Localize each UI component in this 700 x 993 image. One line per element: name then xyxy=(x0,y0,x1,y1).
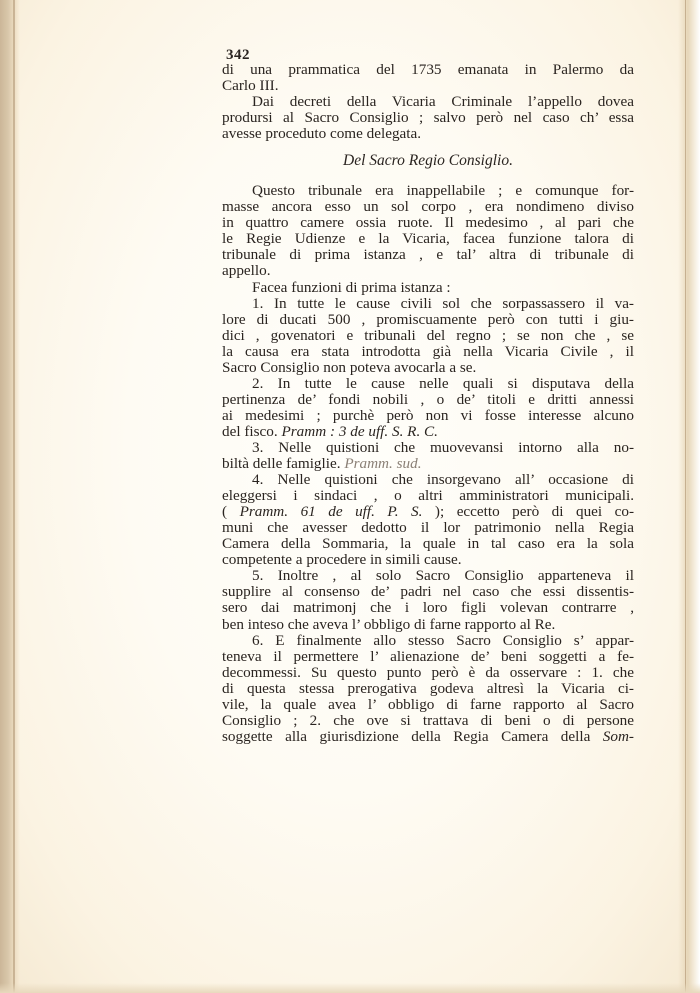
page-text-block: 342 di una prammatica del 1735 emanata i… xyxy=(222,48,634,745)
list-item-1-line: la causa era stata introdotta già nella … xyxy=(222,344,634,360)
text-line: Questo tribunale era inappellabile ; e c… xyxy=(222,183,634,199)
list-item-6-line: 6. E finalmente allo stesso Sacro Consig… xyxy=(222,633,634,649)
list-item-6-line: decommessi. Su questo punto però è da os… xyxy=(222,665,634,681)
scanned-book-page: 342 di una prammatica del 1735 emanata i… xyxy=(0,0,700,993)
list-item-4-line: 4. Nelle quistioni che insorgevano all’ … xyxy=(222,472,634,488)
text-line: di una prammatica del 1735 emanata in Pa… xyxy=(222,62,634,78)
list-item-5-line: supplire al consenso de’ padri nel caso … xyxy=(222,584,634,600)
list-item-1-line: 1. In tutte le cause civili sol che sorp… xyxy=(222,296,634,312)
list-item-2-line: pertinenza de’ fondi nobili , o de’ tito… xyxy=(222,392,634,408)
list-item-1-line: lore di ducati 500 , promiscuamente però… xyxy=(222,312,634,328)
list-item-4-line: competente a procedere in simili cause. xyxy=(222,552,634,568)
text-line: Carlo III. xyxy=(222,78,634,94)
list-item-4-line: Camera della Sommaria, la quale in tal c… xyxy=(222,536,634,552)
text-fragment: del fisco. xyxy=(222,423,278,440)
page-left-edge-shadow xyxy=(0,0,20,993)
list-item-2-line: del fisco. Pramm : 3 de uff. S. R. C. xyxy=(222,424,634,440)
section-heading: Del Sacro Regio Consiglio. xyxy=(222,152,634,170)
list-item-4-line: muni che avesser dedotto il lor patrimon… xyxy=(222,520,634,536)
text-line: Facea funzioni di prima istanza : xyxy=(222,280,634,296)
list-item-2-line: ai medesimi ; purchè però non vi fosse i… xyxy=(222,408,634,424)
text-line: Dai decreti della Vicaria Criminale l’ap… xyxy=(222,94,634,110)
list-item-6-line: soggette alla giurisdizione della Regia … xyxy=(222,729,634,745)
text-fragment: soggette alla giurisdizione della Regia … xyxy=(222,728,590,745)
list-item-3-line: biltà delle famiglie. Pramm. sud. xyxy=(222,456,634,472)
list-item-4-line: eleggersi i sindaci , o altri amministra… xyxy=(222,488,634,504)
list-item-1-line: dici , govenatori e tribunali del regno … xyxy=(222,328,634,344)
page-number: 342 xyxy=(226,48,634,62)
text-line: prodursi al Sacro Consiglio ; salvo però… xyxy=(222,110,634,126)
list-item-6-line: teneva il permettere l’ alienazione de’ … xyxy=(222,649,634,665)
text-fragment: biltà delle famiglie. xyxy=(222,455,341,472)
italic-word: Som- xyxy=(603,728,634,745)
list-item-5-line: ben inteso che aveva l’ obbligo di farne… xyxy=(222,617,634,633)
text-line: tribunale di prima istanza , e tal’ altr… xyxy=(222,247,634,263)
paren-open: ( xyxy=(222,503,227,520)
list-item-6-line: Consiglio ; 2. che ove si trattava di be… xyxy=(222,713,634,729)
text-line: in quattro camere ossia ruote. Il medesi… xyxy=(222,215,634,231)
list-item-3-line: 3. Nelle quistioni che muovevansi intorn… xyxy=(222,440,634,456)
page-right-edge-shadow xyxy=(678,0,700,993)
text-line: avesse proceduto come delegata. xyxy=(222,126,634,142)
citation: Pramm. 61 de uff. P. S. xyxy=(240,503,423,520)
list-item-4-line: ( Pramm. 61 de uff. P. S. ); eccetto per… xyxy=(222,504,634,520)
text-line: appello. xyxy=(222,263,634,279)
citation: Pramm. sud. xyxy=(344,455,421,472)
text-fragment: ); eccetto però di quei co- xyxy=(435,503,634,520)
list-item-6-line: di questa stessa prerogativa godeva altr… xyxy=(222,681,634,697)
citation: Pramm : 3 de uff. S. R. C. xyxy=(281,423,438,440)
page-bottom-edge xyxy=(0,983,700,993)
list-item-5-line: sero dai matrimonj che i loro figli vole… xyxy=(222,600,634,616)
page-left-edge-line xyxy=(13,0,15,993)
page-right-edge-line xyxy=(685,0,686,993)
text-line: le Regie Udienze e la Vicaria, facea fun… xyxy=(222,231,634,247)
list-item-5-line: 5. Inoltre , al solo Sacro Consiglio app… xyxy=(222,568,634,584)
text-line: masse ancora esso un sol corpo , era non… xyxy=(222,199,634,215)
list-item-2-line: 2. In tutte le cause nelle quali si disp… xyxy=(222,376,634,392)
list-item-6-line: vile, la quale avea l’ obbligo di farne … xyxy=(222,697,634,713)
list-item-1-line: Sacro Consiglio non poteva avocarla a se… xyxy=(222,360,634,376)
